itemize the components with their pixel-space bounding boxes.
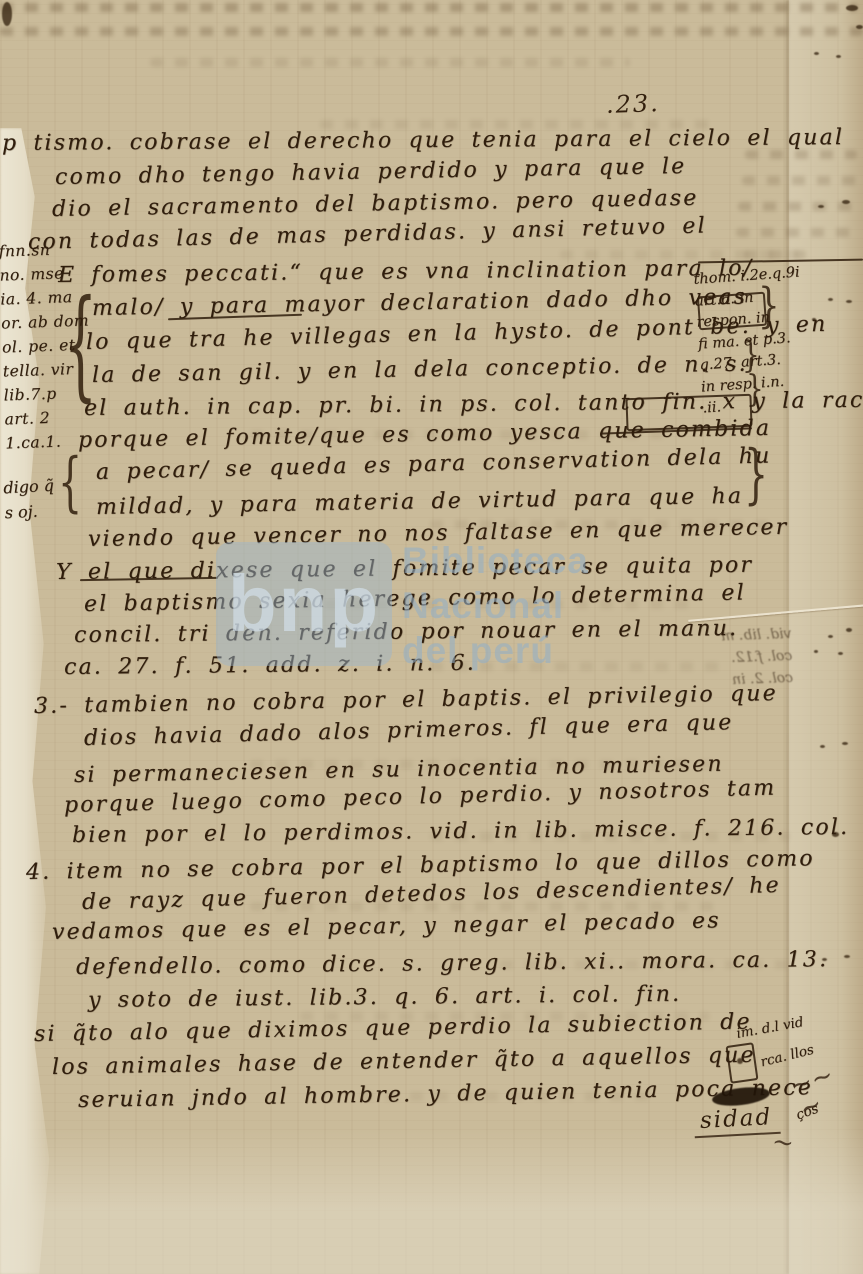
ink-speck [842,742,848,745]
manuscript-line: E fomes peccati.“ que es vna inclination… [58,256,754,288]
margin-note-line: digo q̃ [3,473,55,501]
manuscript-line: defendello. como dice. s. greg. lib. xi.… [76,947,828,980]
bleedthrough-marks [0,27,863,36]
flourish-3: ~ [770,1127,796,1160]
ink-speck [846,5,858,11]
ink-speck [856,25,863,29]
margin-note-line: vid. lib. m [721,623,792,647]
manuscript-line: la de san gil. y en la dela conceptio. d… [92,352,748,388]
margin-note-line: col. f.12. [722,645,793,669]
right-brace-low: } [746,367,764,410]
ink-speck [842,200,850,204]
right-brace-combida: } [744,437,768,512]
manuscript-line: Y el que dixese que el fomite pecar se q… [56,553,753,585]
manuscript-line: bien por el lo perdimos. vid. in lib. mi… [72,815,863,848]
manuscript-line: p tismo. cobrase el derecho que tenia pa… [2,125,844,156]
ink-speck [814,650,818,653]
manuscript-line: concil. tri den. referido por nouar en e… [74,616,739,648]
manuscript-line: mildad, y para materia de virtud para qu… [96,484,744,520]
ink-speck [814,52,819,55]
manuscript-line: ca. 27. f. 51. add. z. i. n. 6. [64,651,476,680]
right-brace-veas: } [758,278,780,334]
ink-speck [828,635,833,638]
margin-note-line: s oj. [4,498,56,526]
bleedthrough-marks [150,58,630,67]
bleedthrough-marks [0,3,858,12]
ink-speck [838,652,843,655]
margin-note-right-bleedthrough: vid. lib. mcol. f.12.col. 2. in [721,623,794,691]
manuscript-line: el baptismo sexia herege como lo determi… [84,580,746,617]
ink-speck [818,205,824,208]
ink-doodle-square [725,1042,758,1084]
manuscript-line: vedamos que es el pecar, y negar el peca… [52,908,721,945]
ink-box-veas [697,292,767,331]
ink-speck [836,55,841,58]
paper-bottom-highlight [0,1130,863,1274]
manuscript-line: si q̃to alo que diximos que perdio la su… [34,1009,752,1047]
ink-speck [828,298,833,301]
ink-speck [846,628,852,632]
margin-note-line: col. 2. in [722,667,793,691]
ink-box-racon [625,394,752,431]
manuscript-line: y soto de iust. lib.3. q. 6. art. i. col… [88,982,681,1013]
left-brace-lower: { [58,445,82,520]
ink-speck [2,2,12,26]
manuscript-line: viendo que vencer no nos faltase en que … [88,515,789,552]
manuscript-line: como dho tengo havia perdido y para que … [55,154,687,190]
page-number: .23. [606,89,661,119]
manuscript-line: los animales hase de entender q̃to a aqu… [52,1043,756,1080]
manuscript-page: .23. p tismo. cobrase el derecho que ten… [0,0,863,1274]
left-brace: { [64,277,97,415]
margin-note-line: fnn.sn [0,237,87,264]
catchword: sidad [693,1104,781,1138]
ink-speck [844,955,850,958]
margin-note-left-lower: digo q̃s oj. [3,473,56,526]
ink-speck [846,300,852,303]
ink-speck [820,745,825,748]
